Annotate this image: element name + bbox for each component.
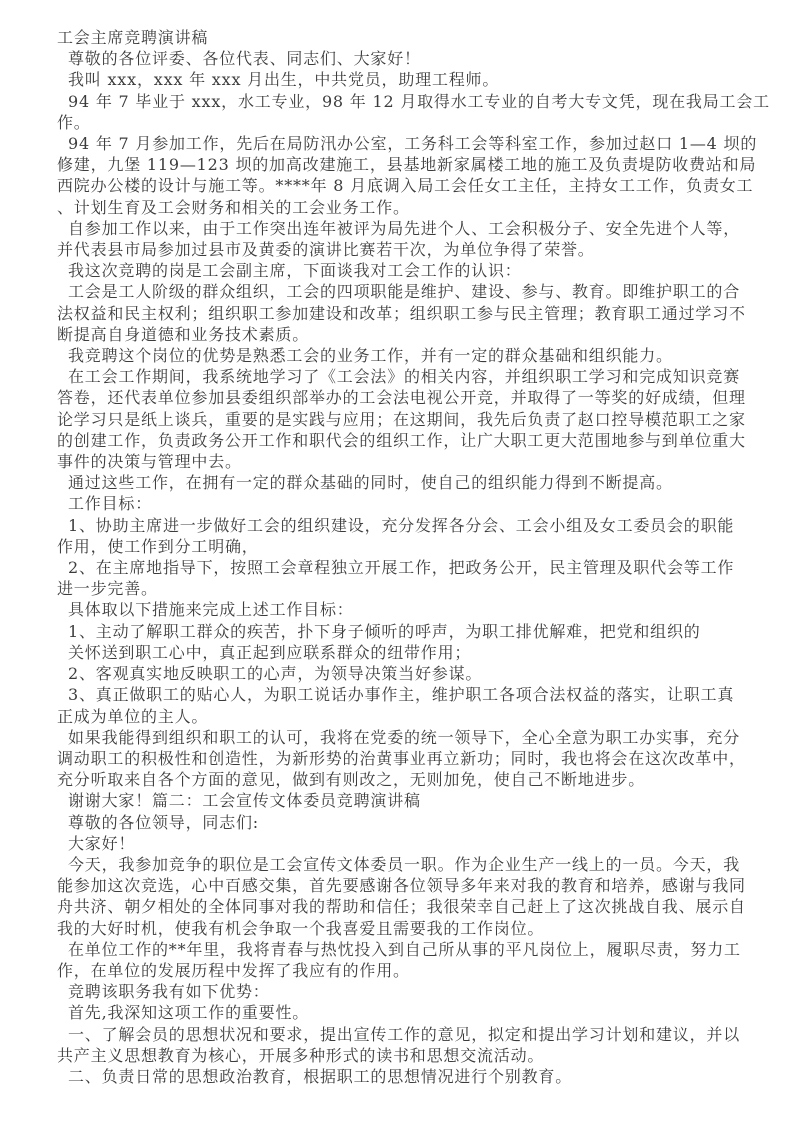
text-line: 1、协助主席进一步做好工会的组织建设，充分发挥各分会、工会小组及女工委员会的职能	[57, 515, 747, 536]
text-line: 工会是工人阶级的群众组织，工会的四项职能是维护、建设、参与、教育。即维护职工的合	[57, 281, 747, 302]
document-title: 工会主席竞聘演讲稿	[57, 27, 747, 48]
text-line: 关怀送到职工心中，真正起到应联系群众的纽带作用；	[57, 642, 747, 663]
text-line: 我的大好时机，使我有机会争取一个我喜爱且需要我的工作岗位。	[57, 918, 747, 939]
text-line: 通过这些工作，在拥有一定的群众基础的同时，使自己的组织能力得到不断提高。	[57, 472, 747, 493]
text-line: 答卷，还代表单位参加县委组织部举办的工会法电视公开竞，并取得了一等奖的好成绩，但…	[57, 387, 747, 408]
text-line: 能参加这次竞选，心中百感交集，首先要感谢各位领导多年来对我的教育和培养，感谢与我…	[57, 875, 747, 896]
text-line: 充分听取来自各个方面的意见，做到有则改之，无则加免，使自己不断地进步。	[57, 769, 747, 790]
text-line: 大家好！	[57, 833, 747, 854]
text-line: 、计划生育及工会财务和相关的工会业务工作。	[57, 197, 747, 218]
text-line: 尊敬的各位评委、各位代表、同志们、大家好！	[57, 48, 747, 69]
text-line: 的创建工作，负责政务公开工作和职代会的组织工作，让广大职工更大范围地参与到单位重…	[57, 430, 747, 451]
text-line: 我这次竞聘的岗是工会副主席，下面谈我对工会工作的认识：	[57, 260, 747, 281]
text-line: 尊敬的各位领导，同志们:	[57, 812, 747, 833]
text-line: 西院办公楼的设计与施工等。****年 8 月底调入局工会任女工主任，主持女工工作…	[57, 175, 747, 196]
text-line: 修建，九堡 119—123 坝的加高改建施工，县基地新家属楼工地的施工及负责堤防…	[57, 154, 747, 175]
text-line: 2、在主席地指导下，按照工会章程独立开展工作，把政务公开，民主管理及职代会等工作	[57, 557, 747, 578]
text-line: 2、客观真实地反映职工的心声，为领导决策当好参谋。	[57, 663, 747, 684]
text-line: 事件的决策与管理中去。	[57, 451, 747, 472]
text-line: 谢谢大家！篇二：工会宣传文体委员竞聘演讲稿	[57, 790, 747, 811]
text-line: 进一步完善。	[57, 578, 747, 599]
text-line: 今天，我参加竞争的职位是工会宣传文体委员一职。作为企业生产一线上的一员。今天，我	[57, 854, 747, 875]
text-line: 竞聘该职务我有如下优势：	[57, 981, 747, 1002]
text-line: 我竞聘这个岗位的优势是熟悉工会的业务工作，并有一定的群众基础和组织能力。	[57, 345, 747, 366]
text-line: 我叫 xxx，xxx 年 xxx 月出生，中共党员，助理工程师。	[57, 69, 747, 90]
text-line: 正成为单位的主人。	[57, 706, 747, 727]
text-line: 首先,我深知这项工作的重要性。	[57, 1002, 747, 1023]
text-line: 调动职工的积极性和创造性，为新形势的治黄事业再立新功；同时，我也将会在这次改革中…	[57, 748, 747, 769]
document-page: 工会主席竞聘演讲稿尊敬的各位评委、各位代表、同志们、大家好！我叫 xxx，xxx…	[0, 0, 794, 1123]
text-line: 94 年 7 月参加工作，先后在局防汛办公室，工务科工会等科室工作，参加过赵口 …	[57, 133, 747, 154]
text-line: 一、了解会员的思想状况和要求，提出宣传工作的意见，拟定和提出学习计划和建议，并以	[57, 1024, 747, 1045]
text-line: 如果我能得到组织和职工的认可，我将在党委的统一领导下，全心全意为职工办实事，充分	[57, 727, 747, 748]
text-line: 舟共济、朝夕相处的全体同事对我的帮助和信任；我很荣幸自己赶上了这次挑战自我、展示…	[57, 896, 747, 917]
text-line: 并代表县市局参加过县市及黄委的演讲比赛若干次，为单位争得了荣誉。	[57, 239, 747, 260]
text-line: 3、真正做职工的贴心人，为职工说话办事作主，维护职工各项合法权益的落实，让职工真	[57, 684, 747, 705]
text-line: 在工会工作期间，我系统地学习了《工会法》的相关内容，并组织职工学习和完成知识竞赛	[57, 366, 747, 387]
document-body: 工会主席竞聘演讲稿尊敬的各位评委、各位代表、同志们、大家好！我叫 xxx，xxx…	[57, 27, 747, 1087]
text-line: 在单位工作的**年里，我将青春与热忱投入到自己所从事的平凡岗位上，履职尽责，努力…	[57, 939, 747, 960]
text-line: 作，在单位的发展历程中发挥了我应有的作用。	[57, 960, 747, 981]
text-line: 二、负责日常的思想政治教育，根据职工的思想情况进行个别教育。	[57, 1066, 747, 1087]
text-line: 具体取以下措施来完成上述工作目标：	[57, 599, 747, 620]
text-line: 作用，使工作到分工明确，	[57, 536, 747, 557]
text-line: 工作目标：	[57, 493, 747, 514]
text-line: 共产主义思想教育为核心，开展多种形式的读书和思想交流活动。	[57, 1045, 747, 1066]
text-line: 论学习只是纸上谈兵，重要的是实践与应用；在这期间，我先后负责了赵口控导模范职工之…	[57, 409, 747, 430]
text-line: 94 年 7 毕业于 xxx，水工专业，98 年 12 月取得水工专业的自考大专…	[57, 91, 747, 112]
text-line: 1、主动了解职工群众的疾苦，扑下身子倾听的呼声，为职工排优解难，把党和组织的	[57, 621, 747, 642]
text-line: 法权益和民主权利；组织职工参加建设和改革；组织职工参与民主管理；教育职工通过学习…	[57, 303, 747, 324]
text-line: 自参加工作以来，由于工作突出连年被评为局先进个人、工会积极分子、安全先进个人等，	[57, 218, 747, 239]
text-line: 作。	[57, 112, 747, 133]
text-line: 断提高自身道德和业务技术素质。	[57, 324, 747, 345]
